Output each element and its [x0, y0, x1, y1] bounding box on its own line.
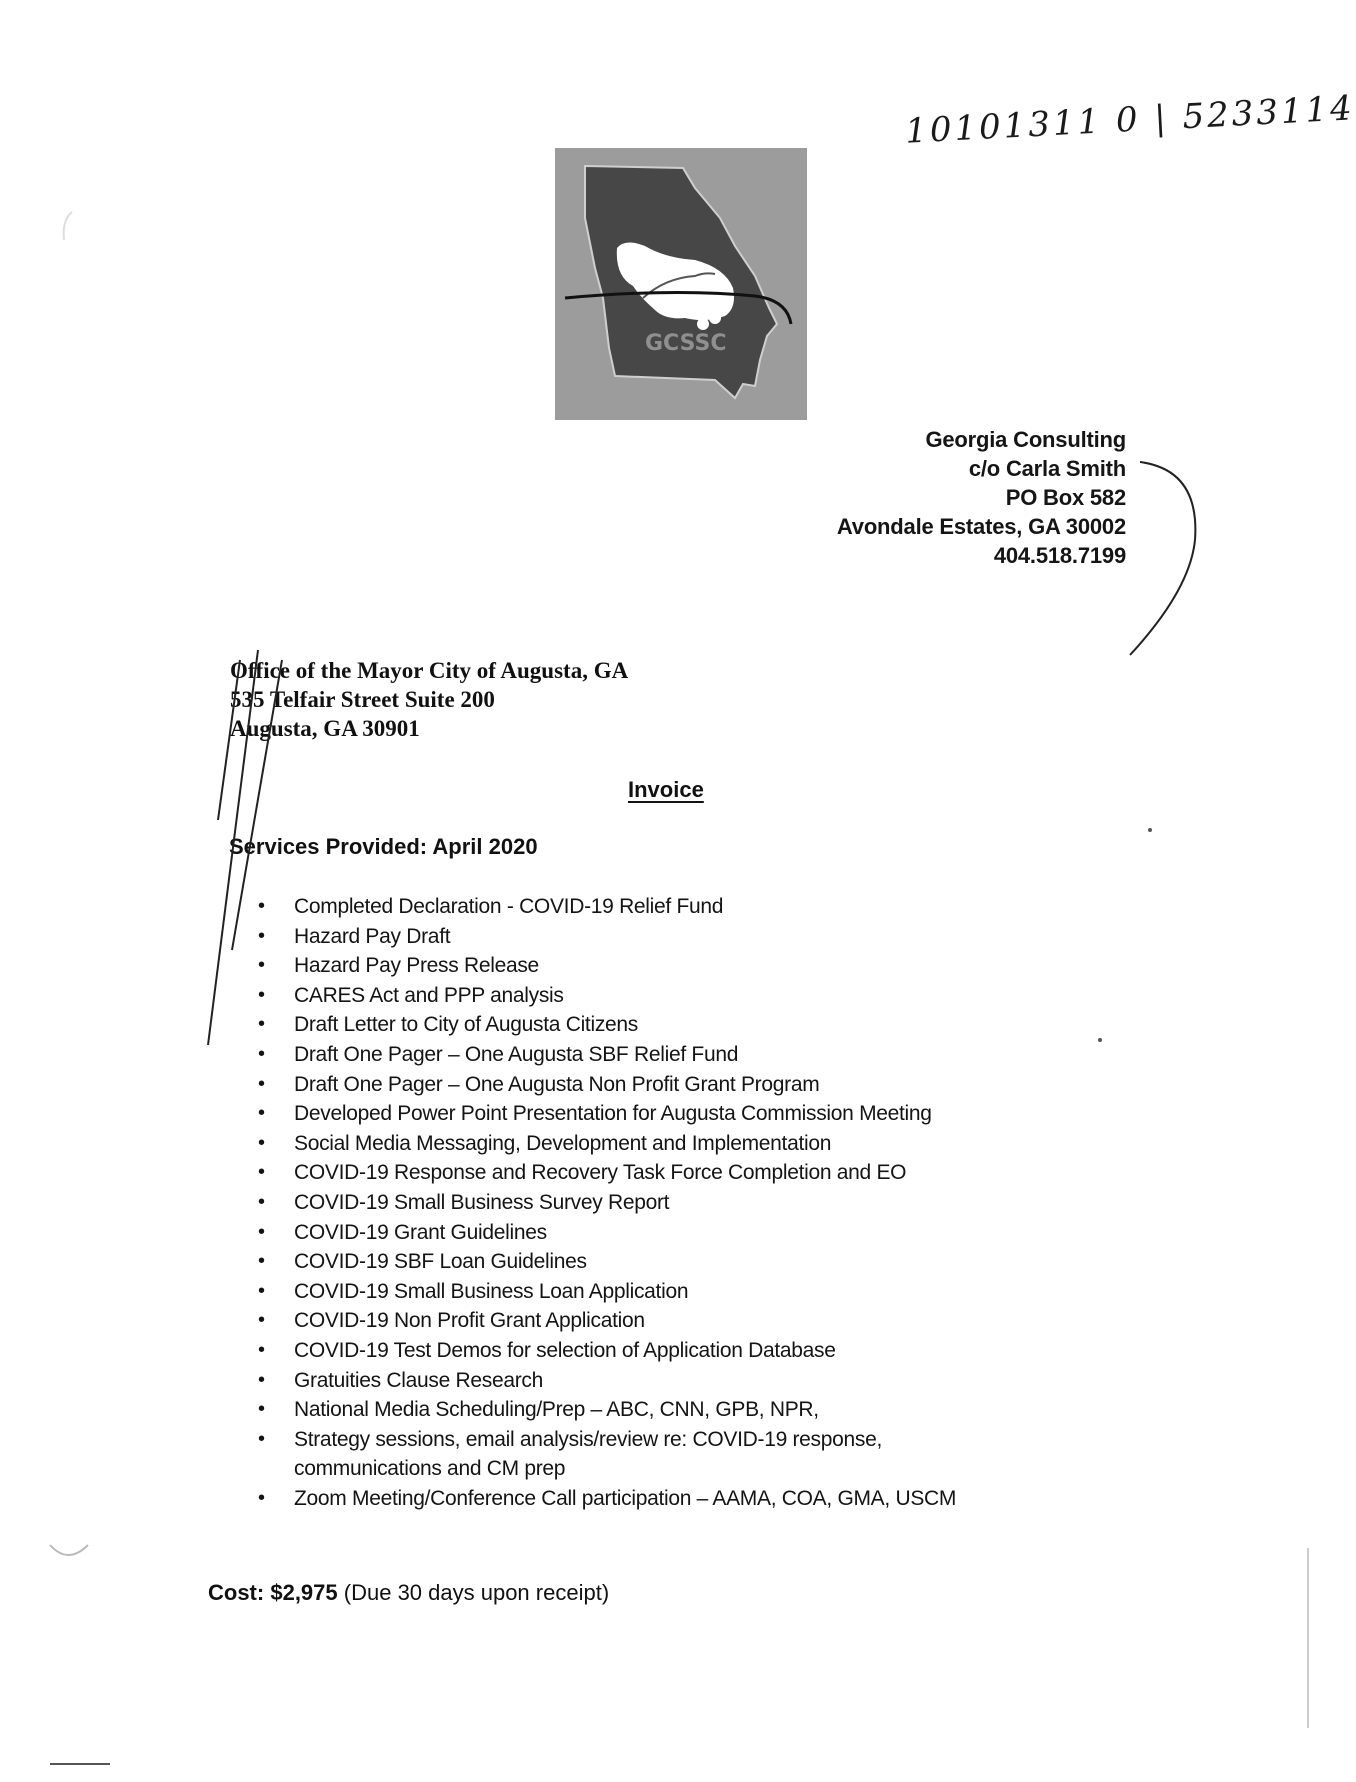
service-item: Hazard Pay Press Release — [250, 951, 1014, 981]
curved-arrow-mark — [1130, 462, 1195, 655]
sender-care-of: c/o Carla Smith — [837, 454, 1126, 483]
service-item: COVID-19 Grant Guidelines — [250, 1218, 1014, 1248]
service-item: Social Media Messaging, Development and … — [250, 1129, 1014, 1159]
services-heading: Services Provided: April 2020 — [229, 834, 538, 860]
georgia-map-icon: GCSSC — [555, 148, 807, 420]
service-item: Strategy sessions, email analysis/review… — [250, 1425, 1014, 1484]
gcssc-logo: GCSSC — [555, 148, 807, 420]
service-item: CARES Act and PPP analysis — [250, 981, 1014, 1011]
service-item: COVID-19 Response and Recovery Task Forc… — [250, 1158, 1014, 1188]
recipient-street: 535 Telfair Street Suite 200 — [230, 685, 628, 714]
recipient-city-state-zip: Augusta, GA 30901 — [230, 714, 628, 743]
recipient-name: Office of the Mayor City of Augusta, GA — [230, 656, 628, 685]
service-item: COVID-19 Test Demos for selection of App… — [250, 1336, 1014, 1366]
service-item: Zoom Meeting/Conference Call participati… — [250, 1484, 1014, 1514]
service-item: Completed Declaration - COVID-19 Relief … — [250, 892, 1014, 922]
service-item: COVID-19 SBF Loan Guidelines — [250, 1247, 1014, 1277]
sender-po-box: PO Box 582 — [837, 483, 1126, 512]
invoice-page: 10101311 0 | 5233114 GCSSC Georgia Consu… — [0, 0, 1356, 1782]
service-item: National Media Scheduling/Prep – ABC, CN… — [250, 1395, 1014, 1425]
cost-line: Cost: $2,975 (Due 30 days upon receipt) — [208, 1580, 609, 1606]
service-item: COVID-19 Small Business Survey Report — [250, 1188, 1014, 1218]
sender-city-state-zip: Avondale Estates, GA 30002 — [837, 512, 1126, 541]
invoice-title: Invoice — [628, 777, 704, 803]
service-item: Draft Letter to City of Augusta Citizens — [250, 1010, 1014, 1040]
service-item: COVID-19 Small Business Loan Application — [250, 1277, 1014, 1307]
svg-text:GCSSC: GCSSC — [645, 331, 726, 356]
service-item: COVID-19 Non Profit Grant Application — [250, 1306, 1014, 1336]
recipient-address: Office of the Mayor City of Augusta, GA … — [230, 656, 628, 743]
cost-label: Cost: — [208, 1580, 264, 1605]
handwritten-reference-number: 10101311 0 | 5233114 — [904, 88, 1355, 151]
services-list: Completed Declaration - COVID-19 Relief … — [250, 892, 1014, 1513]
sender-phone: 404.518.7199 — [837, 541, 1126, 570]
service-item: Hazard Pay Draft — [250, 922, 1014, 952]
sender-company: Georgia Consulting — [837, 425, 1126, 454]
service-item: Gratuities Clause Research — [250, 1366, 1014, 1396]
service-item: Draft One Pager – One Augusta SBF Relief… — [250, 1040, 1014, 1070]
payment-terms: (Due 30 days upon receipt) — [344, 1580, 609, 1605]
cost-amount: $2,975 — [270, 1580, 337, 1605]
service-item: Developed Power Point Presentation for A… — [250, 1099, 1014, 1129]
sender-address: Georgia Consulting c/o Carla Smith PO Bo… — [837, 425, 1126, 570]
service-item: Draft One Pager – One Augusta Non Profit… — [250, 1070, 1014, 1100]
